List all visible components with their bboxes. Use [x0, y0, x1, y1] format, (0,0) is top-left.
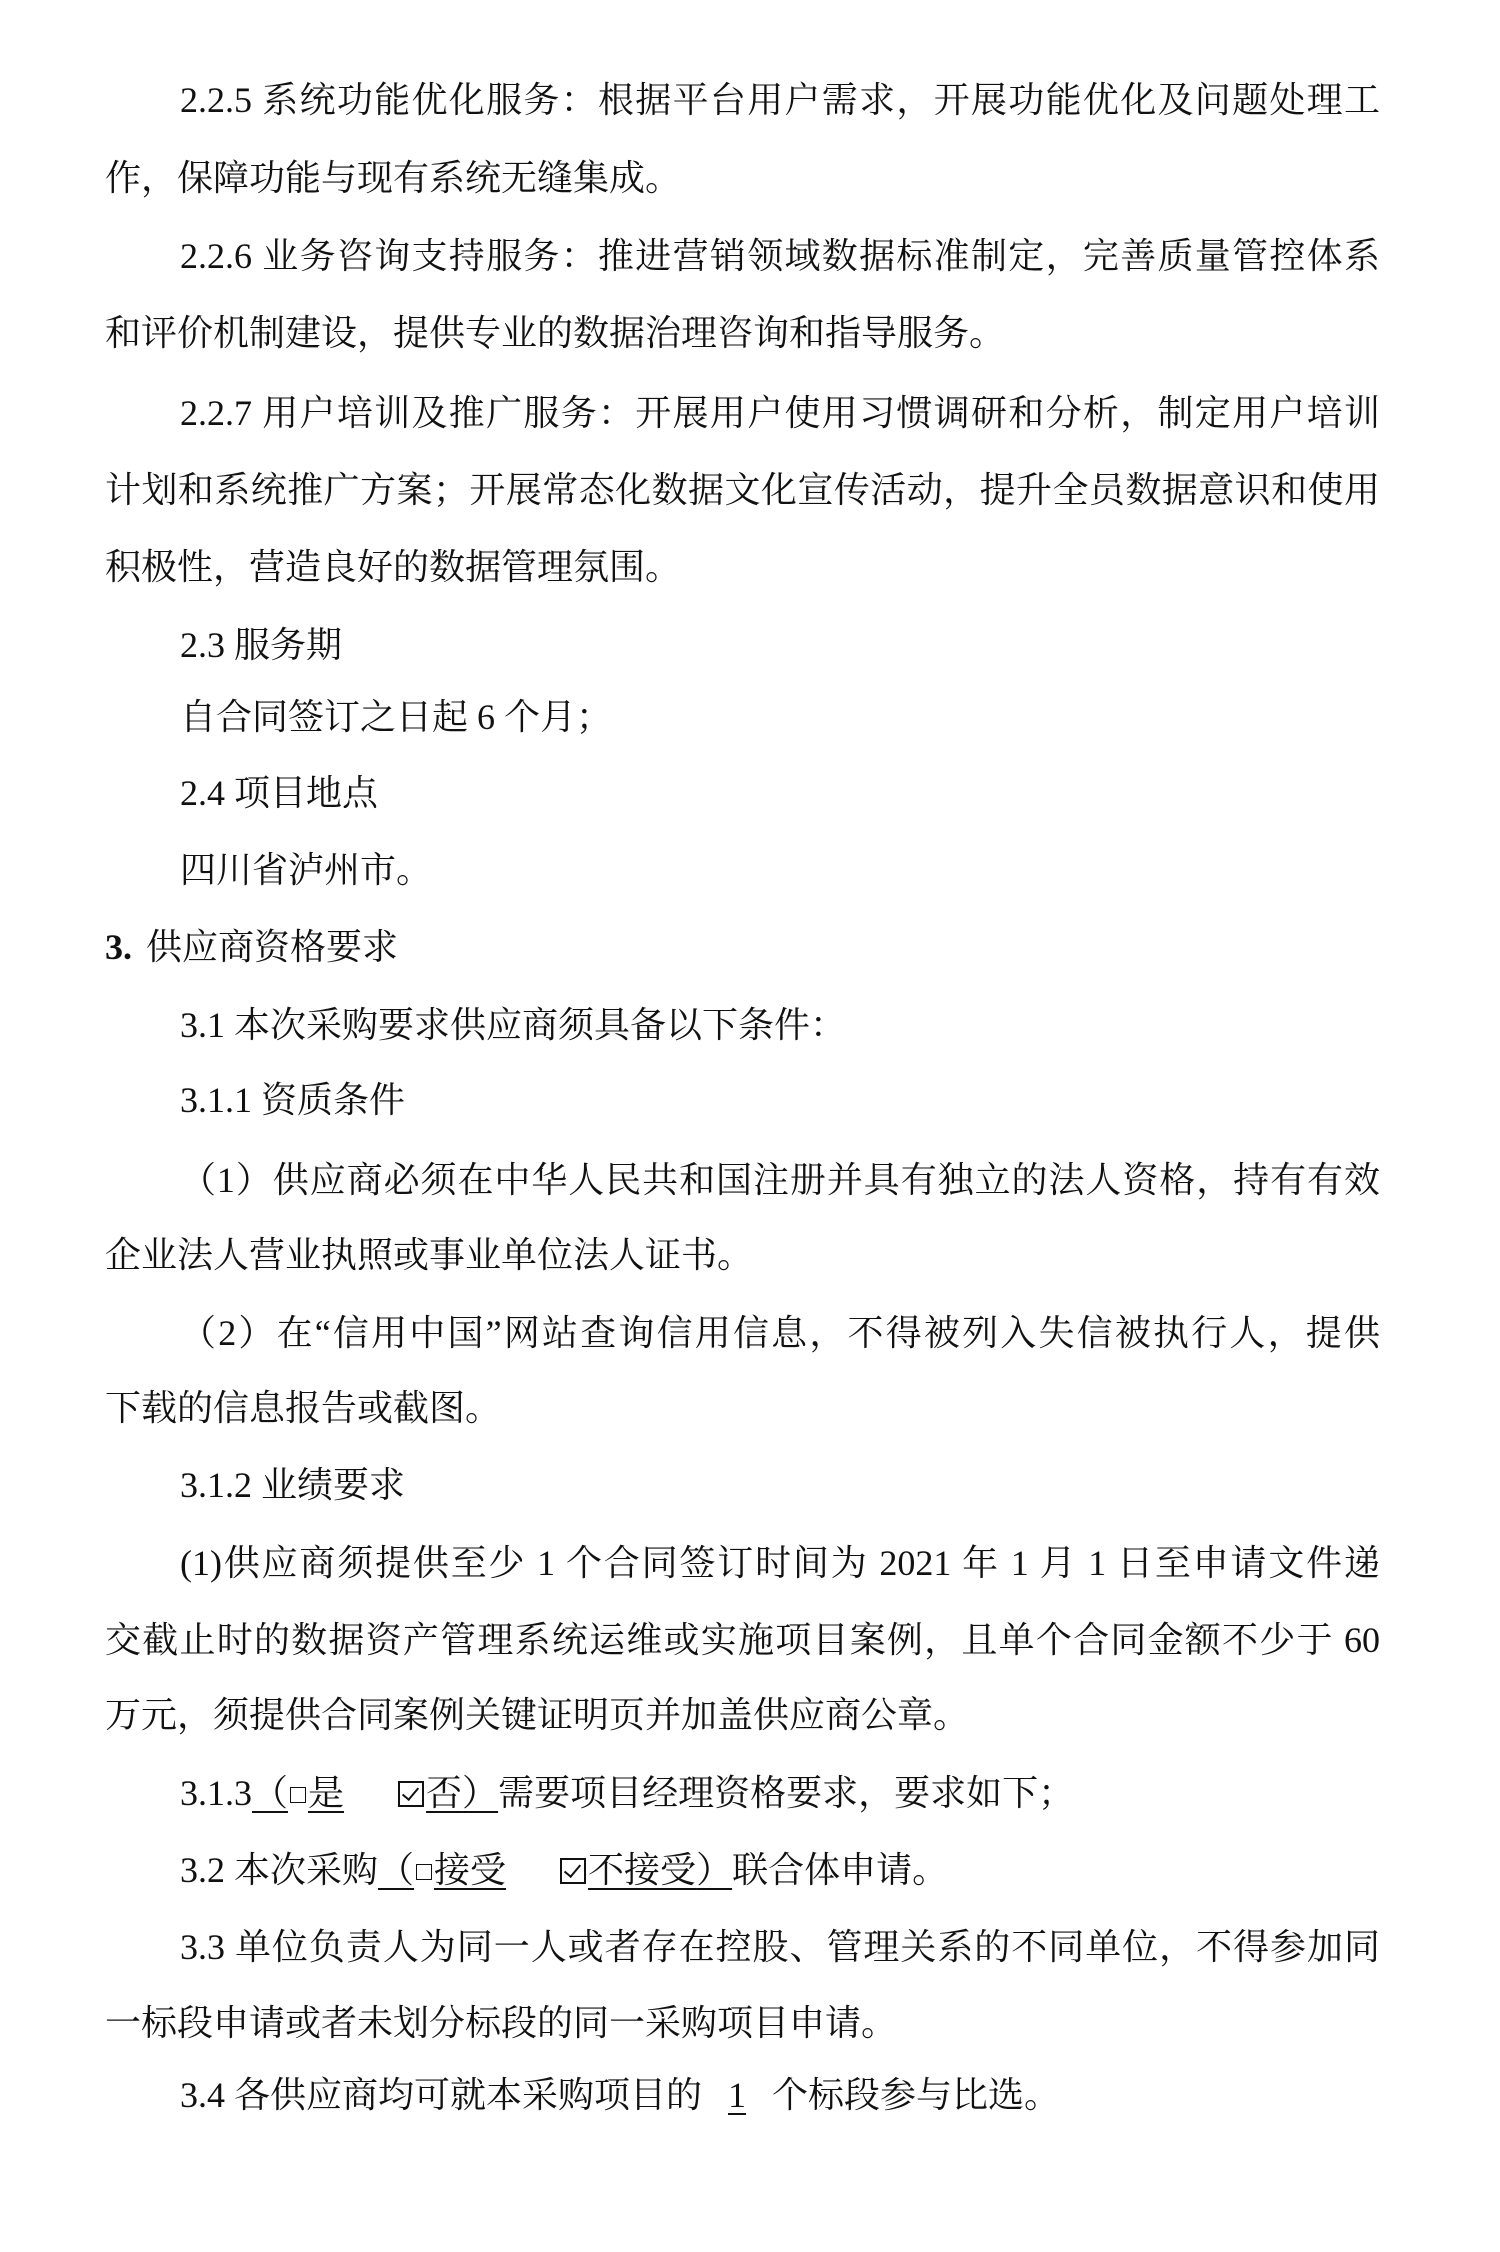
checkbox-yes-unchecked[interactable] — [290, 1787, 306, 1803]
paragraph-suffix: 联合体申请。 — [732, 1850, 948, 1890]
section-title: 供应商资格要求 — [146, 927, 398, 967]
qualification-1-line-2: 企业法人营业执照或事业单位法人证书。 — [105, 1232, 1380, 1278]
project-location-text: 四川省泸州市。 — [180, 847, 1380, 893]
open-paren: （ — [378, 1850, 414, 1890]
paragraph-2-2-5-line-2: 作，保障功能与现有系统无缝集成。 — [105, 155, 1380, 201]
qualification-2-line-1: （2）在“信用中国”网站查询信用信息，不得被列入失信被执行人，提供 — [180, 1310, 1380, 1356]
paragraph-2-2-6-line-1: 2.2.6 业务咨询支持服务：推进营销领域数据标准制定，完善质量管控体系 — [180, 233, 1380, 279]
option-accept-label: 接受 — [434, 1850, 506, 1890]
section-number: 3. — [105, 927, 132, 967]
heading-3-1-2: 3.1.2 业绩要求 — [180, 1462, 1380, 1508]
heading-3-supplier-qualifications: 3.供应商资格要求 — [105, 924, 1380, 970]
service-period-text: 自合同签订之日起 6 个月； — [180, 694, 1380, 740]
paragraph-2-2-7-line-2: 计划和系统推广方案；开展常态化数据文化宣传活动，提升全员数据意识和使用 — [105, 467, 1380, 513]
open-paren: （ — [252, 1773, 288, 1813]
option-yes-label: 是 — [308, 1773, 344, 1813]
checkbox-not-accept-checked[interactable] — [560, 1858, 586, 1884]
document-page: 2.2.5 系统功能优化服务：根据平台用户需求，开展功能优化及问题处理工 作，保… — [0, 0, 1500, 2252]
paragraph-2-2-7-line-1: 2.2.7 用户培训及推广服务：开展用户使用习惯调研和分析，制定用户培训 — [180, 390, 1380, 436]
option-group-2: 不接受） — [588, 1850, 732, 1890]
performance-1-line-2: 交截止时的数据资产管理系统运维或实施项目案例，且单个合同金额不少于 60 — [105, 1617, 1380, 1663]
option-group: （接受 — [378, 1850, 560, 1890]
checkbox-accept-unchecked[interactable] — [416, 1864, 432, 1880]
qualification-1-line-1: （1）供应商必须在中华人民共和国注册并具有独立的法人资格，持有有效 — [180, 1157, 1380, 1203]
paragraph-prefix: 3.4 各供应商均可就本采购项目的 — [180, 2075, 702, 2115]
paragraph-prefix: 3.2 本次采购 — [180, 1850, 378, 1890]
paragraph-3-1: 3.1 本次采购要求供应商须具备以下条件： — [180, 1002, 1380, 1048]
heading-2-3-service-period: 2.3 服务期 — [180, 622, 1380, 668]
paragraph-2-2-6-line-2: 和评价机制建设，提供专业的数据治理咨询和指导服务。 — [105, 310, 1380, 356]
close-paren: ） — [696, 1850, 732, 1890]
paragraph-2-2-7-line-3: 积极性，营造良好的数据管理氛围。 — [105, 544, 1380, 590]
paragraph-2-2-5-line-1: 2.2.5 系统功能优化服务：根据平台用户需求，开展功能优化及问题处理工 — [180, 77, 1380, 123]
paragraph-3-3-line-1: 3.3 单位负责人为同一人或者存在控股、管理关系的不同单位，不得参加同 — [180, 1924, 1380, 1970]
lot-count-blank: 1 — [702, 2075, 772, 2115]
performance-1-line-3: 万元，须提供合同案例关键证明页并加盖供应商公章。 — [105, 1692, 1380, 1738]
paragraph-3-2: 3.2 本次采购（接受不接受）联合体申请。 — [180, 1847, 1380, 1893]
paragraph-3-1-3: 3.1.3（是否）需要项目经理资格要求，要求如下； — [180, 1770, 1380, 1816]
performance-1-line-1: (1)供应商须提供至少 1 个合同签订时间为 2021 年 1 月 1 日至申请… — [180, 1540, 1380, 1586]
option-not-accept-label: 不接受 — [588, 1850, 696, 1890]
option-group: （是 — [252, 1773, 398, 1813]
checkbox-no-checked[interactable] — [398, 1781, 424, 1807]
paragraph-3-3-line-2: 一标段申请或者未划分标段的同一采购项目申请。 — [105, 2000, 1380, 2046]
option-group-2: 否） — [426, 1773, 498, 1813]
paragraph-suffix: 需要项目经理资格要求，要求如下； — [498, 1773, 1074, 1813]
heading-2-4-project-location: 2.4 项目地点 — [180, 770, 1380, 816]
close-paren: ） — [462, 1773, 498, 1813]
paragraph-suffix: 个标段参与比选。 — [772, 2075, 1060, 2115]
qualification-2-line-2: 下载的信息报告或截图。 — [105, 1385, 1380, 1431]
option-no-label: 否 — [426, 1773, 462, 1813]
paragraph-prefix: 3.1.3 — [180, 1773, 252, 1813]
paragraph-3-4: 3.4 各供应商均可就本采购项目的1个标段参与比选。 — [180, 2072, 1380, 2118]
heading-3-1-1: 3.1.1 资质条件 — [180, 1077, 1380, 1123]
